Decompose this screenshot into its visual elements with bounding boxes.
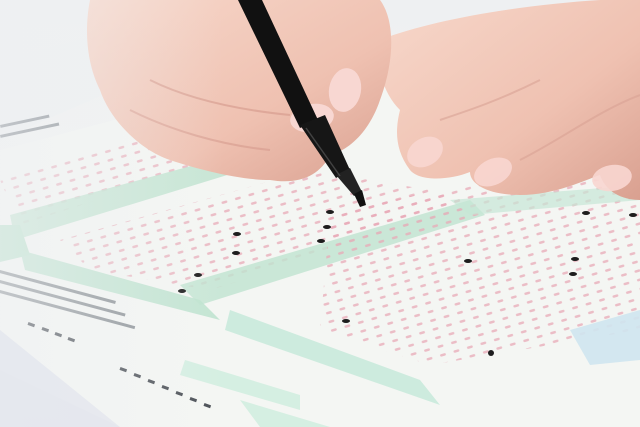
answer-sheet-photo — [0, 0, 640, 427]
photo-scene — [0, 0, 640, 427]
